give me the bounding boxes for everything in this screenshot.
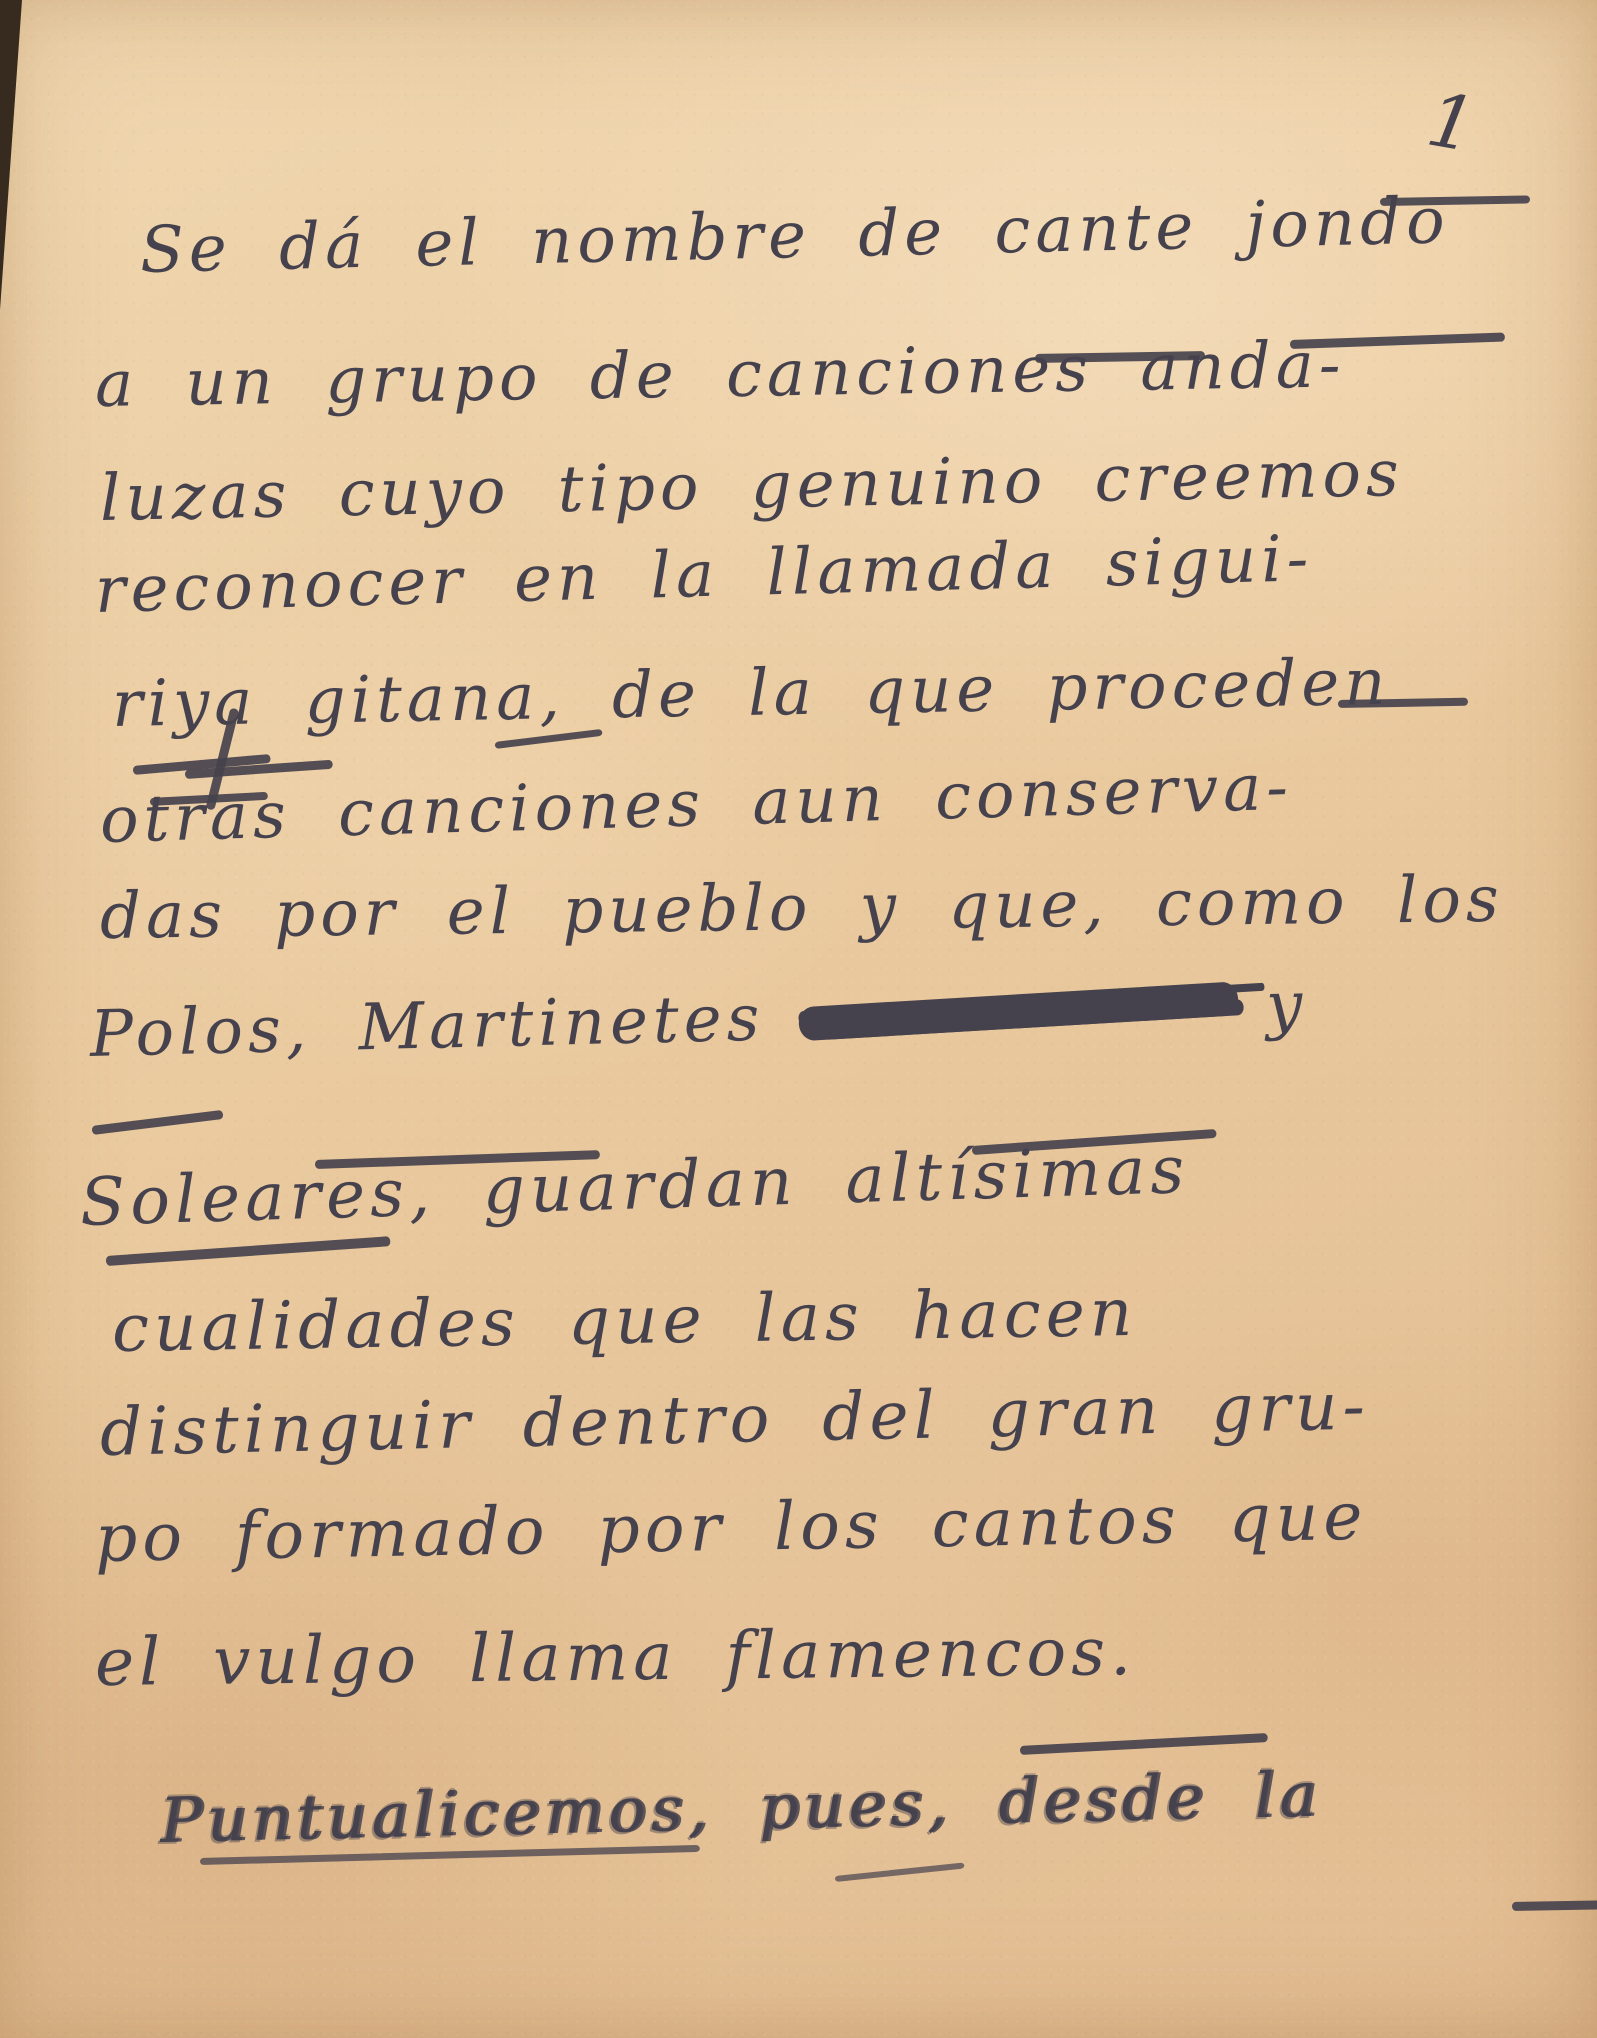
- line-text: a un grupo de canciones anda-: [94, 328, 1346, 422]
- line-text: Puntualicemos, pues, desde la: [159, 1758, 1322, 1857]
- page-number: 1: [1422, 82, 1481, 163]
- handwritten-line-4: reconocer en la llamada sigui-: [94, 526, 1314, 625]
- line-text: Polos, Martinetes: [89, 982, 765, 1072]
- handwritten-line-14: Puntualicemos, pues, desde la: [159, 1762, 1322, 1853]
- line-text: y: [1265, 968, 1308, 1043]
- line-text: cualidades que las hacen: [111, 1274, 1137, 1367]
- handwritten-line-13: el vulgo llama flamencos.: [95, 1617, 1137, 1697]
- trailing-dash: [1512, 1900, 1597, 1911]
- handwritten-line-8: Polos, Martinetesy: [89, 972, 1308, 1069]
- line-text: Soleares, guardan altísimas: [79, 1131, 1190, 1241]
- overwrite-stroke: [835, 1862, 965, 1882]
- line-text: riya gitana, de la que proceden: [111, 646, 1391, 742]
- manuscript-page: 1 Se dá el nombre de cante jondo a un gr…: [0, 0, 1597, 2038]
- line-text: Se dá el nombre de cante jondo: [139, 184, 1450, 288]
- handwritten-line-11: distinguir dentro del gran gru-: [99, 1371, 1370, 1467]
- handwritten-line-3: luzas cuyo tipo genuino creemos: [99, 441, 1404, 533]
- underline-polos: [91, 1110, 223, 1135]
- underline-soleares: [106, 1236, 391, 1266]
- handwritten-line-12: po formado por los cantos que: [94, 1482, 1368, 1573]
- line-text: das por el pueblo y que, como los: [100, 863, 1505, 954]
- line-text: luzas cuyo tipo genuino creemos: [99, 437, 1404, 536]
- handwritten-line-7: das por el pueblo y que, como los: [100, 867, 1505, 951]
- handwritten-line-2: a un grupo de canciones anda-: [94, 332, 1345, 419]
- underline-flamencos: [1020, 1733, 1268, 1755]
- handwritten-line-5: riya gitana, de la que proceden: [111, 650, 1391, 739]
- line-text: distinguir dentro del gran gru-: [99, 1367, 1370, 1471]
- handwritten-line-9: Soleares, guardan altísimas: [79, 1135, 1190, 1237]
- line-text: po formado por los cantos que: [94, 1478, 1368, 1577]
- scribbled-out-word: [797, 981, 1238, 1041]
- handwritten-line-10: cualidades que las hacen: [111, 1278, 1137, 1363]
- line-text: reconocer en la llamada sigui-: [94, 522, 1314, 628]
- scan-corner-shadow: [0, 0, 22, 310]
- handwritten-line-1: Se dá el nombre de cante jondo: [139, 188, 1450, 285]
- line-text: el vulgo llama flamencos.: [95, 1613, 1137, 1701]
